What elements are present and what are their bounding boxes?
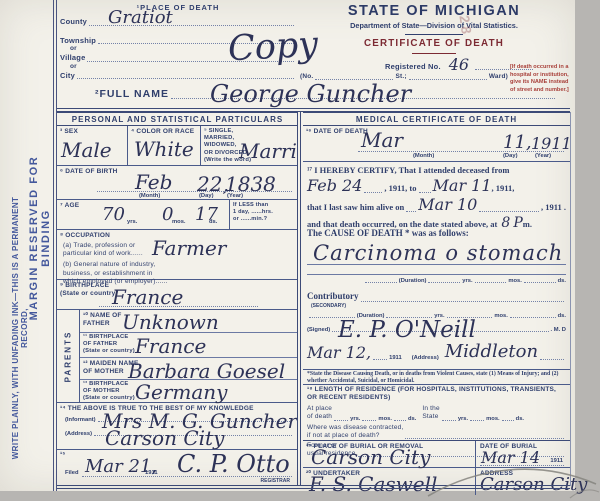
dur-seg-c: [475, 282, 507, 283]
parents-label: PARENTS: [64, 317, 73, 397]
lastsaw-seg: [406, 211, 416, 212]
death-day: 11,: [503, 134, 532, 152]
informant-block: ¹⁴ THE ABOVE IS TRUE TO THE BEST OF MY K…: [57, 403, 298, 450]
dept-line: Department of State—Division of Vital St…: [296, 21, 572, 30]
ward-label: Ward): [489, 73, 508, 81]
cause-label: The CAUSE OF DEATH * was as follows:: [307, 228, 566, 240]
age-yrs-cap: yrs.: [127, 219, 137, 225]
city-label: City: [60, 71, 75, 80]
res-seg5: [470, 420, 484, 421]
undertaker-value: F. S. Caswell: [309, 474, 437, 494]
cause-ds-cap: ds.: [558, 278, 566, 284]
informant-address-value: Carson City: [105, 428, 224, 448]
birthplace-line: [99, 306, 258, 307]
signed-label: (Signed): [307, 327, 330, 333]
mother-name-row: ¹² MAIDEN NAME OF MOTHER Barbara Goesel: [80, 358, 298, 380]
res-ds1: ds.: [408, 416, 416, 422]
death-year: 1911: [531, 136, 572, 152]
township-label: Township: [60, 36, 96, 45]
medical-title: MEDICAL CERTIFICATE OF DEATH: [303, 112, 570, 126]
res-yrs1: yrs.: [350, 416, 360, 422]
at-place-label: At place of death: [307, 405, 332, 421]
age-less-note: If LESS than 1 day, ......hrs. or ......…: [233, 202, 298, 223]
in-state-label: In the State: [422, 405, 439, 421]
pencil-mark: [420, 438, 600, 500]
death-certificate-scan: WRITE PLAINLY, WITH UNFADING INK—THIS IS…: [0, 0, 575, 491]
filed-block: ¹⁵ Filed Mar 21, 1911 C. P. Otto REGISTR…: [57, 450, 298, 487]
rule-small-2: [412, 53, 456, 54]
res-seg2: [362, 420, 376, 421]
dob-line: [97, 191, 292, 192]
cause-block: The CAUSE OF DEATH * was as follows: Car…: [303, 228, 570, 291]
full-name-label: ²FULL NAME: [95, 88, 169, 100]
attended-from-value: Feb 24: [307, 178, 362, 194]
certify-line-seg1: [364, 192, 382, 193]
age-years: 70: [102, 206, 125, 224]
dur2-seg-d: [510, 317, 556, 318]
place-of-death-title: ¹PLACE OF DEATH: [60, 3, 296, 12]
copy-note: Copy: [227, 28, 319, 68]
res-ds2: ds.: [516, 416, 524, 422]
death-date-line: [358, 151, 564, 152]
dob-month: Feb: [135, 172, 172, 192]
race-cell: ⁴ COLOR OR RACE White: [127, 126, 200, 165]
dob-day-cap: (Day): [199, 193, 214, 199]
lastsaw-value: Mar 10: [418, 197, 477, 213]
certify-line1: ¹⁷ I HEREBY CERTIFY, That I attended dec…: [307, 165, 566, 176]
marital-value: Married: [239, 141, 298, 161]
cause-line1: [307, 264, 566, 265]
certify-mid2: , 1911,: [492, 183, 515, 194]
sex-cell: ³ SEX Male: [57, 126, 127, 165]
res-seg3: [394, 420, 406, 421]
res-mos2: mos.: [486, 416, 500, 422]
state-title: STATE OF MICHIGAN: [296, 3, 572, 19]
parents-block: PARENTS ¹⁰ NAME OF FATHER Unknown ¹¹ BIR…: [57, 310, 298, 403]
marital-cell: ⁵ SINGLE, MARRIED, WIDOWED, OR DIVORCED …: [200, 126, 297, 165]
physician-signature: E. P. O'Neill: [338, 319, 476, 342]
sign-address-label: (Address): [412, 355, 439, 361]
occupation-value: Farmer: [152, 238, 226, 258]
sign-date-value: Mar 12,: [307, 345, 371, 361]
mother-name-value: Barbara Goesel: [128, 361, 285, 381]
column-divider: [297, 112, 301, 486]
father-name-row: ¹⁰ NAME OF FATHER Unknown: [80, 310, 298, 333]
mother-birthplace-value: Germany: [135, 382, 227, 402]
cause-duration-row: (Duration) yrs. mos. ds.: [363, 278, 566, 284]
certify-block: ¹⁷ I HEREBY CERTIFY, That I attended dec…: [303, 162, 570, 228]
dur-seg-b: [428, 282, 460, 283]
contracted-label: Where was disease contracted, if not at …: [307, 424, 403, 440]
lastsaw-post: , 1911 .: [541, 202, 566, 213]
dur-seg-d: [524, 282, 556, 283]
mother-birthplace-row: ¹³ BIRTHPLACE OF MOTHER (State or countr…: [80, 380, 298, 402]
attended-to-value: Mar 11: [433, 178, 492, 194]
cause-footnote: *State the Disease Causing Death, or in …: [303, 369, 570, 385]
county-value: Gratiot: [108, 9, 173, 27]
filed-label: Filed: [65, 470, 79, 476]
full-name-value: George Guncher: [210, 82, 411, 106]
sex-value: Male: [61, 140, 112, 160]
county-label: County: [60, 17, 87, 26]
right-edge-rule: [570, 112, 571, 486]
age-ds-cap: ds.: [209, 219, 217, 225]
registrar-signature: C. P. Otto: [177, 452, 290, 476]
registered-no-value: 46: [449, 57, 469, 73]
residence-label: ¹⁸ LENGTH OF RESIDENCE (FOR HOSPITALS, I…: [307, 386, 566, 402]
personal-title: PERSONAL AND STATISTICAL PARTICULARS: [57, 112, 298, 126]
st-line: [409, 79, 487, 80]
birthplace-value: France: [112, 287, 183, 307]
state-header-block: STATE OF MICHIGAN Department of State—Di…: [296, 3, 572, 54]
cause-duration-cap: (Duration): [399, 278, 427, 284]
birthplace-row: ⁹ BIRTHPLACE (State or country) France: [57, 280, 298, 310]
contributory-label: Contributory: [307, 291, 359, 303]
race-value: White: [134, 139, 194, 159]
father-name-value: Unknown: [122, 312, 219, 332]
informant-address-label: (Address): [65, 431, 92, 437]
date-of-death-row: ¹⁶ DATE OF DEATH Mar 11, 1911 (Month) (D…: [303, 126, 570, 162]
death-day-cap: (Day): [503, 153, 518, 159]
md-label: . M. D: [551, 327, 566, 333]
parents-strip: PARENTS: [57, 310, 80, 402]
rule-small-1: [405, 34, 463, 35]
age-less-cell: If LESS than 1 day, ......hrs. or ......…: [229, 200, 298, 229]
certificate-title: CERTIFICATE OF DEATH: [296, 38, 572, 49]
stamp-mark: 28: [456, 14, 475, 38]
death-year-cap: (Year): [535, 153, 551, 159]
dob-row: ⁶ DATE OF BIRTH Feb 22, 1838 (Month) (Da…: [57, 166, 298, 200]
lastsaw-line: [479, 211, 539, 212]
dur-seg-a: [365, 282, 397, 283]
city-line: [77, 78, 294, 79]
burial-place-value: Carson City: [311, 447, 430, 467]
age-row: ⁷ AGE 70 yrs. 0 mos. 17 ds. If LESS than…: [57, 200, 298, 230]
cause-value: Carcinoma o stomach: [313, 243, 563, 264]
margin-warning-text: WRITE PLAINLY, WITH UNFADING INK—THIS IS…: [11, 183, 29, 473]
cause-line2: [307, 274, 566, 275]
registered-no-label: Registered No.: [385, 62, 441, 71]
father-birthplace-value: France: [135, 336, 206, 356]
res-yrs2: yrs.: [458, 416, 468, 422]
certify-mid1: , 1911, to: [384, 183, 416, 194]
death-month: Mar: [361, 130, 403, 150]
sex-label: ³ SEX: [57, 126, 127, 136]
lastsaw-pre: that I last saw him alive on: [307, 202, 404, 213]
filed-line: [82, 476, 292, 477]
cause-mos-cap: mos.: [508, 278, 522, 284]
age-mos-cap: mos.: [172, 219, 186, 225]
physician-signature-block: (Signed) . M. D E. P. O'Neill Mar 12, 19…: [303, 327, 570, 369]
father-birthplace-row: ¹¹ BIRTHPLACE OF FATHER (State or countr…: [80, 333, 298, 358]
residence-block: ¹⁸ LENGTH OF RESIDENCE (FOR HOSPITALS, I…: [303, 385, 570, 440]
registrar-label: REGISTRAR: [261, 478, 290, 484]
sign-date-seg: [373, 359, 387, 360]
sign-year: 1911: [389, 355, 402, 361]
village-label: Village: [60, 53, 85, 62]
secondary-label: (SECONDARY): [311, 303, 566, 309]
res-mos1: mos.: [378, 416, 392, 422]
personal-column: PERSONAL AND STATISTICAL PARTICULARS ³ S…: [57, 112, 298, 487]
sign-address-line: [540, 359, 564, 360]
res-seg4: [442, 420, 456, 421]
certify-line-seg2: [419, 192, 431, 193]
contrib-mos-cap: mos.: [494, 313, 508, 319]
dob-year-cap: (Year): [227, 193, 243, 199]
cause-yrs-cap: yrs.: [462, 278, 472, 284]
margin-binding-text: MARGIN RESERVED FOR BINDING: [28, 128, 52, 348]
sign-address-value: Middleton: [445, 343, 538, 361]
death-month-cap: (Month): [413, 153, 434, 159]
sex-race-marital-row: ³ SEX Male ⁴ COLOR OR RACE White ⁵ SINGL…: [57, 126, 298, 166]
contrib-ds-cap: ds.: [558, 313, 566, 319]
contributory-line: [361, 301, 565, 302]
informant-label: (Informant): [65, 417, 96, 423]
res-seg1: [334, 420, 348, 421]
dob-month-cap: (Month): [139, 193, 160, 199]
res-seg6: [502, 420, 514, 421]
race-label: ⁴ COLOR OR RACE: [128, 126, 200, 136]
occupation-row: ⁸ OCCUPATION (a) Trade, profession or pa…: [57, 230, 298, 280]
